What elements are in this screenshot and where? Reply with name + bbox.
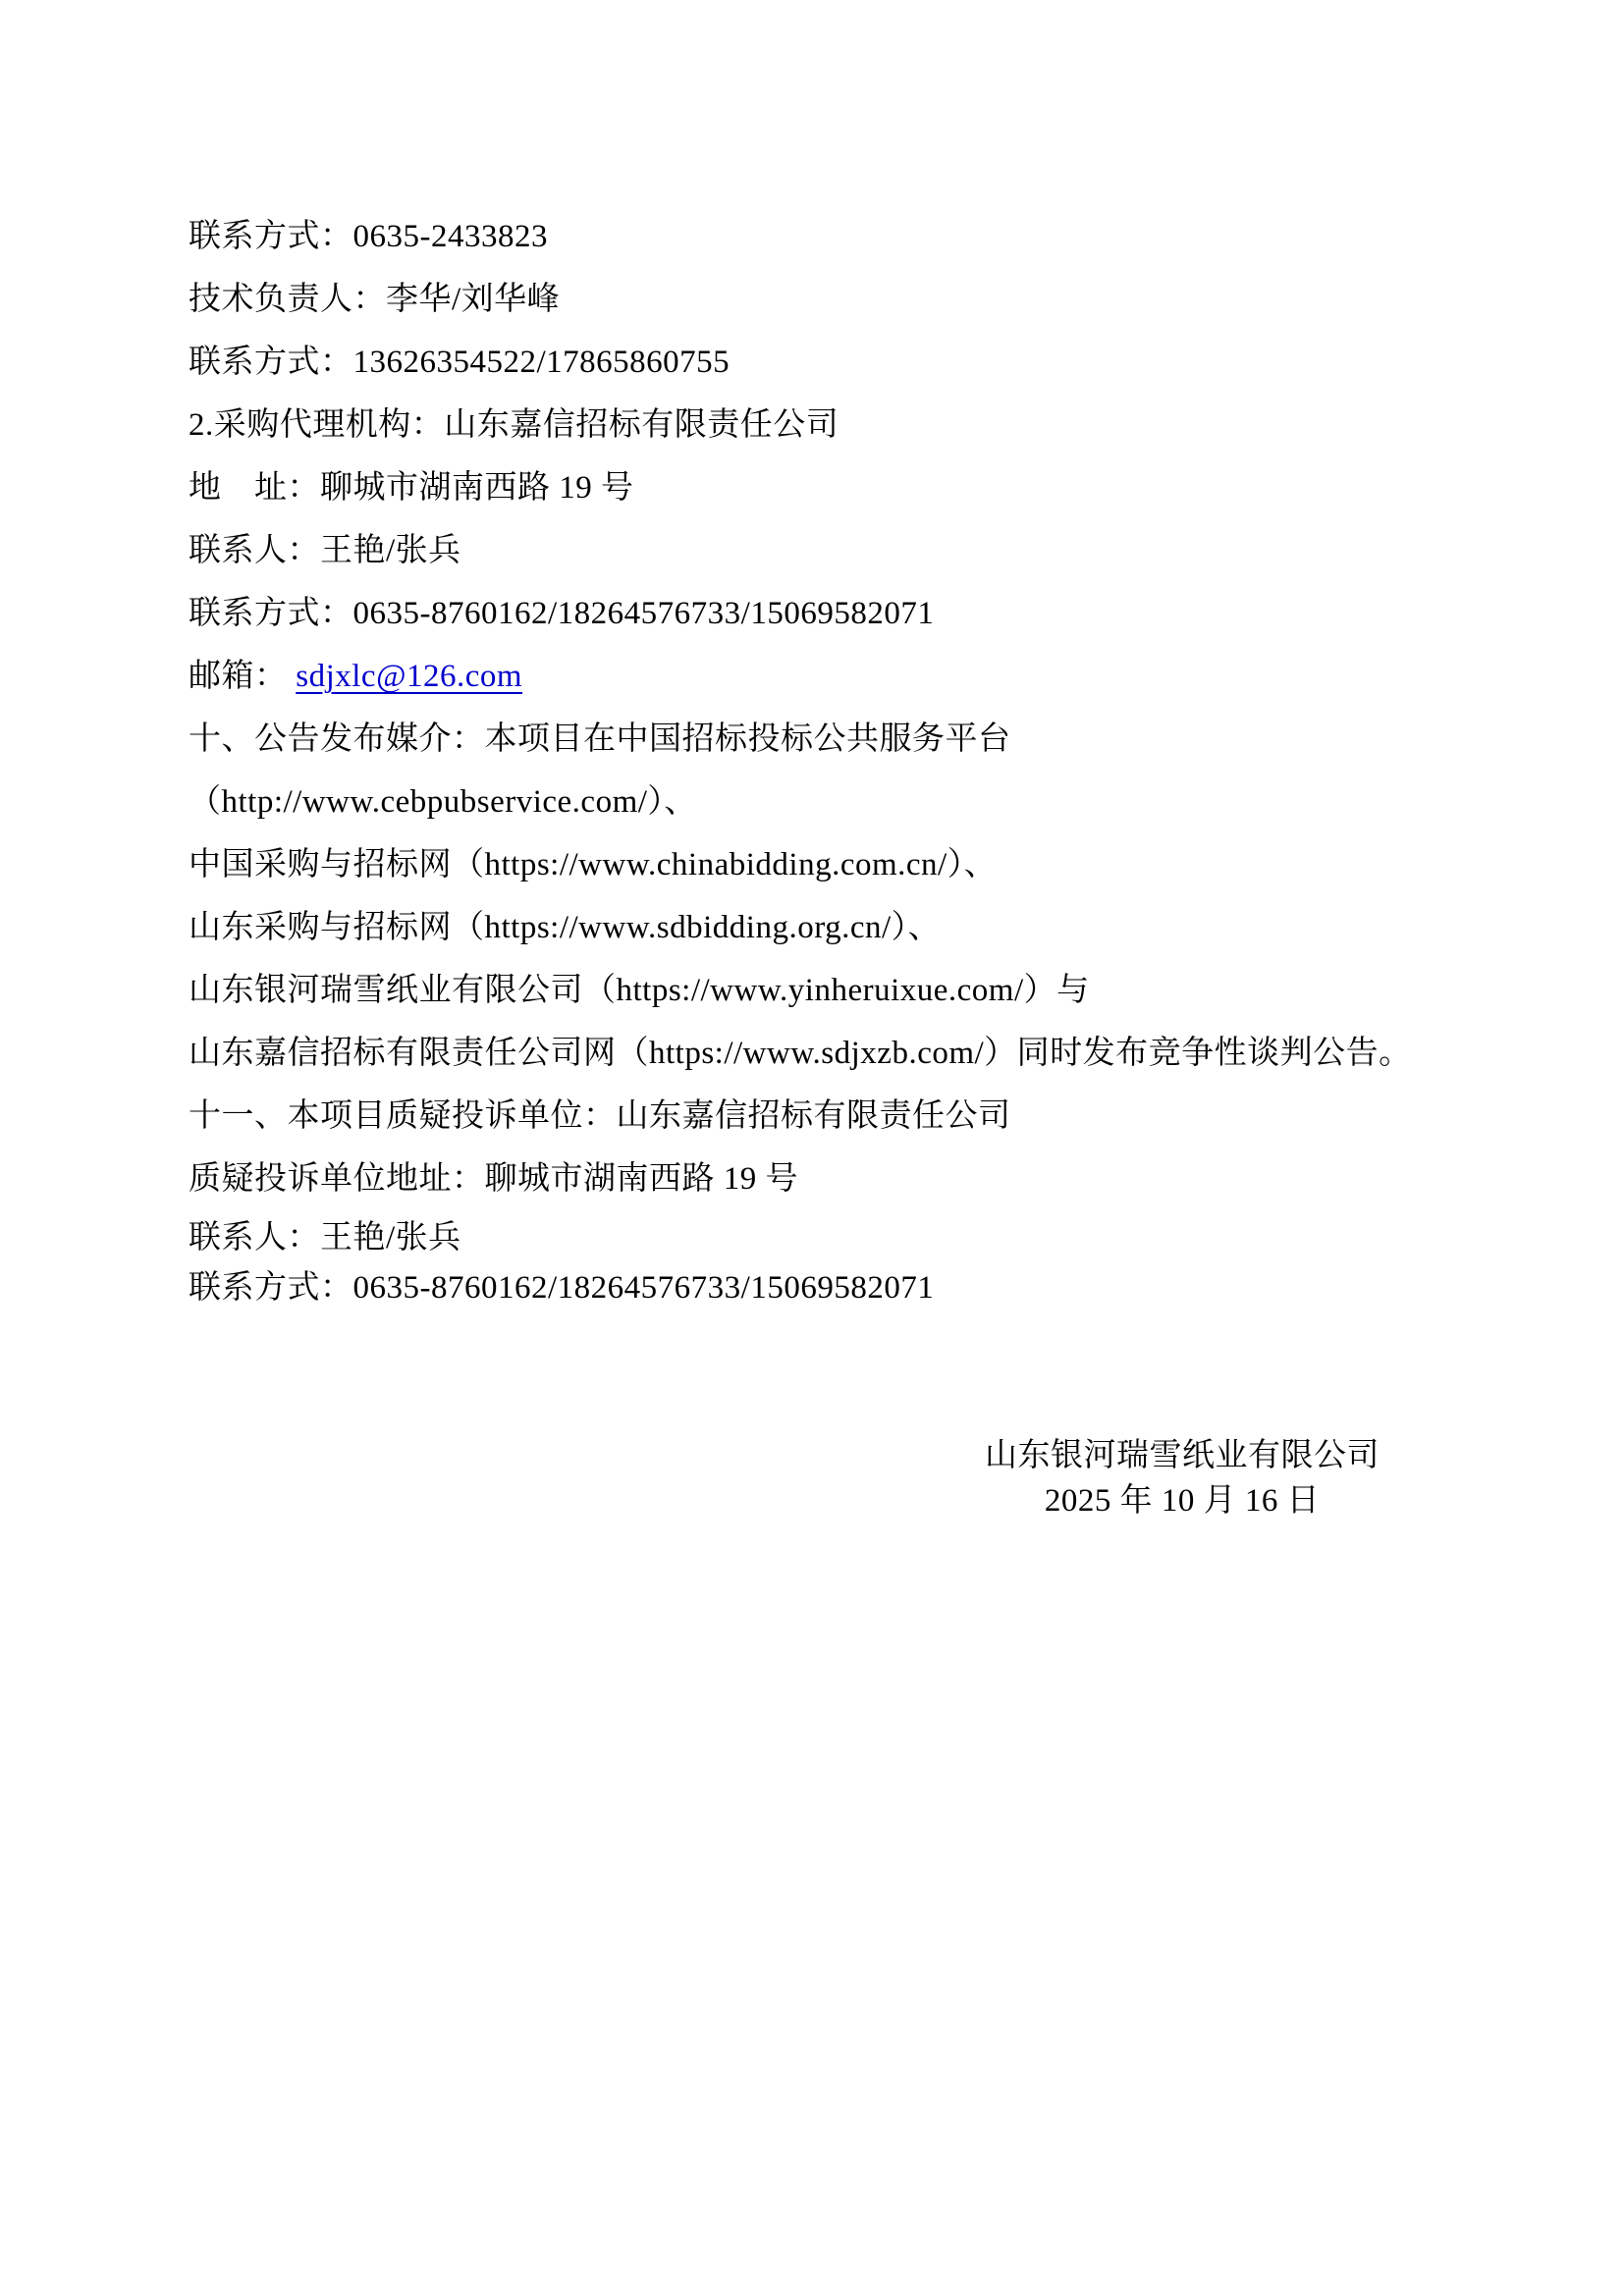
line-complaint-address: 质疑投诉单位地址：聊城市湖南西路 19 号: [189, 1148, 1451, 1210]
line-section11-heading: 十一、本项目质疑投诉单位：山东嘉信招标有限责任公司: [189, 1085, 1451, 1148]
signature-company: 山东银河瑞雪纸业有限公司: [985, 1433, 1380, 1478]
line-media-4: 山东银河瑞雪纸业有限公司（https://www.yinheruixue.com…: [189, 959, 1451, 1022]
line-complaint-contacts: 联系人：王艳/张兵: [189, 1210, 1451, 1265]
line-media-url-1: （http://www.cebpubservice.com/）、: [189, 771, 1451, 833]
document-body: 联系方式：0635-2433823 技术负责人：李华/刘华峰 联系方式：1362…: [189, 205, 1451, 1523]
line-contact-phone-1: 联系方式：0635-2433823: [189, 205, 1451, 268]
email-link[interactable]: sdjxlc@126.com: [296, 659, 522, 694]
line-media-3: 山东采购与招标网（https://www.sdbidding.org.cn/）、: [189, 896, 1451, 959]
line-agency-address: 地 址：聊城市湖南西路 19 号: [189, 456, 1451, 519]
line-section10-heading: 十、公告发布媒介：本项目在中国招标投标公共服务平台: [189, 708, 1451, 771]
line-agency: 2.采购代理机构：山东嘉信招标有限责任公司: [189, 394, 1451, 456]
line-complaint-phone: 联系方式：0635-8760162/18264576733/1506958207…: [189, 1265, 1451, 1310]
line-media-2: 中国采购与招标网（https://www.chinabidding.com.cn…: [189, 833, 1451, 896]
document-page: 联系方式：0635-2433823 技术负责人：李华/刘华峰 联系方式：1362…: [0, 0, 1624, 2296]
signature-block: 山东银河瑞雪纸业有限公司 2025 年 10 月 16 日: [985, 1433, 1380, 1523]
line-agency-contacts: 联系人：王艳/张兵: [189, 519, 1451, 582]
line-tech-lead: 技术负责人：李华/刘华峰: [189, 268, 1451, 331]
line-agency-phone: 联系方式：0635-8760162/18264576733/1506958207…: [189, 582, 1451, 645]
signature-date: 2025 年 10 月 16 日: [985, 1478, 1380, 1523]
line-tech-lead-phone: 联系方式：13626354522/17865860755: [189, 331, 1451, 394]
line-media-5: 山东嘉信招标有限责任公司网（https://www.sdjxzb.com/）同时…: [189, 1022, 1451, 1085]
email-label: 邮箱：: [189, 659, 288, 694]
line-agency-email: 邮箱： sdjxlc@126.com: [189, 645, 1451, 708]
